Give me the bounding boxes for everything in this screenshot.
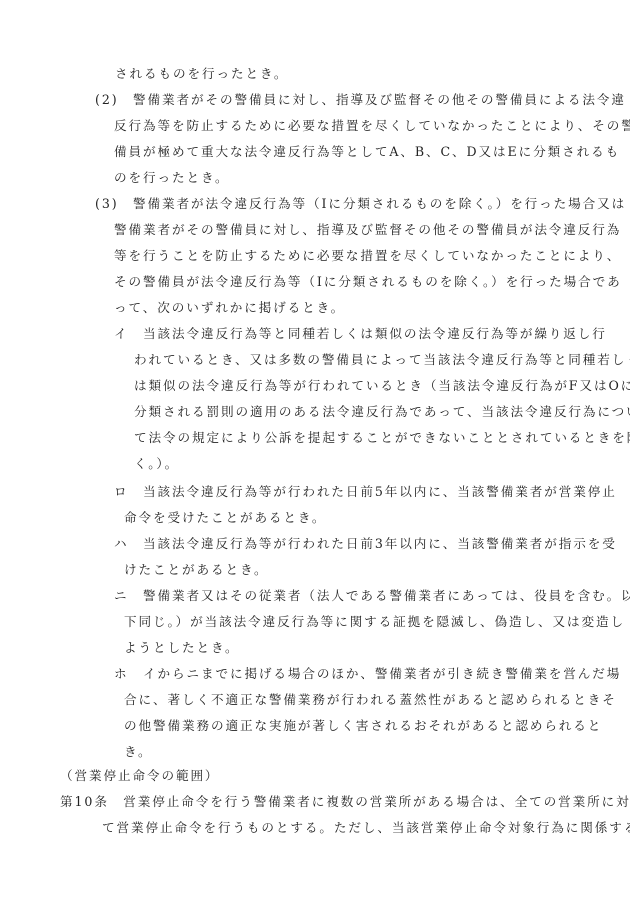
text-line: 合に、著しく不適正な警備業務が行われる蓋然性があると認められるときそ — [124, 692, 617, 708]
text-line: のを行ったとき。 — [114, 170, 229, 186]
text-line: ようとしたとき。 — [124, 640, 239, 656]
text-line: イ 当該法令違反行為等と同種若しくは類似の法令違反行為等が繰り返し行 — [114, 326, 607, 342]
text-line: て法令の規定により公訴を提起することができないこととされているときを除 — [134, 430, 630, 446]
text-line: (3) 警備業者が法令違反行為等（Ⅰに分類されるものを除く。）を行った場合又は — [95, 196, 626, 212]
text-line: われているとき、又は多数の警備員によって当該法令違反行為等と同種若しく — [134, 352, 630, 368]
text-line: 反行為等を防止するために必要な措置を尽くしていなかったことにより、その警 — [114, 118, 630, 134]
text-line: 等を行うことを防止するために必要な措置を尽くしていなかったことにより、 — [114, 248, 621, 264]
text-line: 第10条 営業停止命令を行う警備業者に複数の営業所がある場合は、全ての営業所に対… — [60, 794, 630, 810]
text-line: の他警備業務の適正な実施が著しく害されるおそれがあると認められると — [124, 718, 602, 734]
text-line: （営業停止命令の範囲） — [60, 768, 219, 784]
text-line: ホ イからニまでに掲げる場合のほか、警備業者が引き続き警備業を営んだ場 — [114, 666, 621, 682]
text-line: ニ 警備業者又はその従業者（法人である警備業者にあっては、役員を含む。以 — [114, 588, 630, 604]
text-line: 下同じ。）が当該法令違反行為等に関する証拠を隠滅し、偽造し、又は変造し — [124, 614, 625, 630]
text-line: 備員が極めて重大な法令違反行為等としてA、B、C、D又はEに分類されるも — [114, 144, 620, 160]
text-line: き。 — [124, 744, 152, 760]
text-line: されるものを行ったとき。 — [115, 66, 288, 82]
text-line: その警備員が法令違反行為等（Ⅰに分類されるものを除く。）を行った場合であ — [114, 274, 622, 290]
text-line: は類似の法令違反行為等が行われているとき（当該法令違反行為がF又はOに — [134, 378, 630, 394]
text-line: 警備業者がその警備員に対し、指導及び監督その他その警備員が法令違反行為 — [114, 222, 621, 238]
text-line: 分類される罰則の適用のある法令違反行為であって、当該法令違反行為につい — [134, 404, 630, 420]
text-line: って、次のいずれかに掲げるとき。 — [114, 300, 345, 316]
text-line: て営業停止命令を行うものとする。ただし、当該営業停止命令対象行為に関係する — [102, 820, 630, 836]
text-line: 命令を受けたことがあるとき。 — [124, 510, 326, 526]
text-line: く。）。 — [134, 456, 179, 472]
text-line: ロ 当該法令違反行為等が行われた日前5年以内に、当該警備業者が営業停止 — [114, 484, 617, 500]
text-line: ハ 当該法令違反行為等が行われた日前3年以内に、当該警備業者が指示を受 — [114, 536, 617, 552]
text-line: けたことがあるとき。 — [124, 562, 268, 578]
text-line: (2) 警備業者がその警備員に対し、指導及び監督その他その警備員による法令違 — [95, 92, 626, 108]
